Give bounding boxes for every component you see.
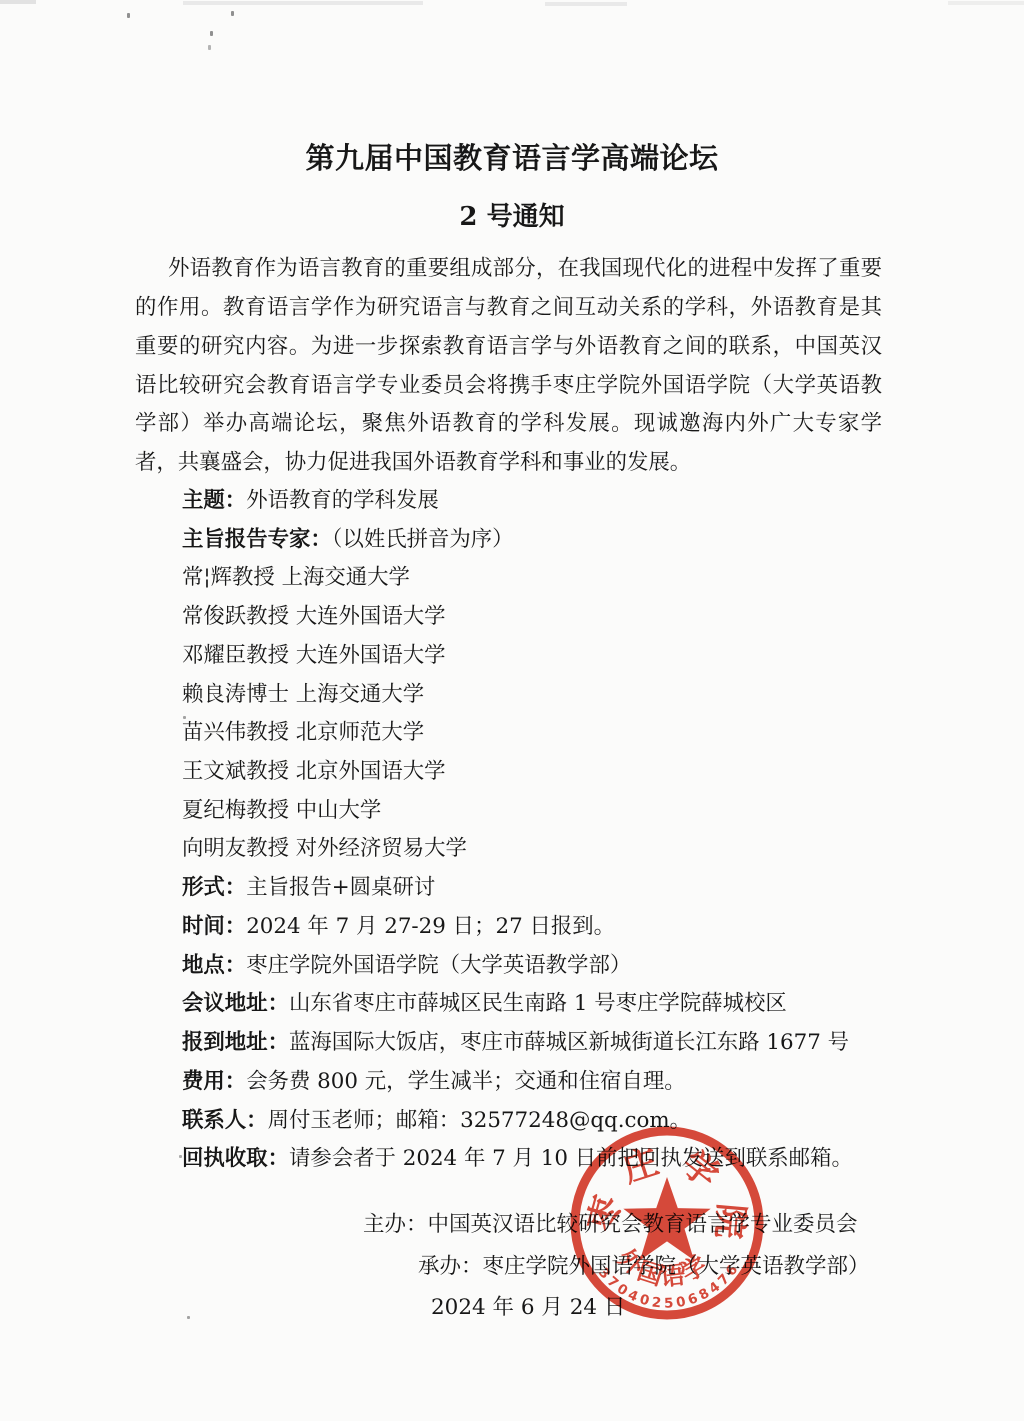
detail-label: 报到地址： — [182, 1030, 289, 1055]
detail-text: 外语教育的学科发展 — [246, 488, 439, 513]
detail-line-topic: 主题：外语教育的学科发展 — [135, 482, 935, 521]
detail-text: （以姓氏拼音为序） — [332, 527, 514, 552]
detail-label: 主旨报告专家： — [182, 527, 332, 552]
host-line: 主办：中国英汉语比较研究会教育语言学专业委员会 — [135, 1204, 935, 1246]
page-subtitle: 2 号通知 — [0, 196, 1024, 233]
detail-line-fee: 费用：会务费 800 元，学生减半；交通和住宿自理。 — [135, 1063, 935, 1102]
details-list: 主题：外语教育的学科发展 主旨报告专家：（以姓氏拼音为序） 常¦辉教授 上海交通… — [135, 482, 935, 1179]
detail-text: 2024 年 7 月 27-29 日；27 日报到。 — [246, 914, 615, 939]
detail-text: 夏纪梅教授 中山大学 — [182, 798, 381, 823]
detail-text: 请参会者于 2024 年 7 月 10 日前把回执发送到联系邮箱。 — [289, 1146, 853, 1171]
speaker-line: 邓耀臣教授 大连外国语大学 — [135, 637, 935, 676]
speaker-line: 常俊跃教授 大连外国语大学 — [135, 598, 935, 637]
detail-text: 主旨报告+圆桌研讨 — [246, 875, 435, 900]
scan-smudge — [948, 1, 1024, 5]
scan-speck — [208, 45, 211, 50]
page-title: 第九届中国教育语言学高端论坛 — [0, 136, 1024, 177]
detail-text: 常¦辉教授 上海交通大学 — [182, 565, 410, 590]
speaker-line: 赖良涛博士 上海交通大学 — [135, 676, 935, 715]
detail-text: 王文斌教授 北京外国语大学 — [182, 759, 446, 784]
speaker-line: 夏纪梅教授 中山大学 — [135, 792, 935, 831]
footer: 主办：中国英汉语比较研究会教育语言学专业委员会 承办：枣庄学院外国语学院（大学英… — [135, 1204, 935, 1329]
scanned-notice-page: 第九届中国教育语言学高端论坛 2 号通知 外语教育作为语言教育的重要组成部分，在… — [0, 0, 1024, 1421]
detail-text: 邓耀臣教授 大连外国语大学 — [182, 643, 446, 668]
detail-label: 主题： — [182, 488, 246, 513]
scan-speck — [231, 11, 234, 16]
detail-line-format: 形式：主旨报告+圆桌研讨 — [135, 869, 935, 908]
scan-smudge — [0, 0, 36, 4]
detail-line-conference-address: 会议地址：山东省枣庄市薛城区民生南路 1 号枣庄学院薛城校区 — [135, 985, 935, 1024]
detail-line-venue: 地点：枣庄学院外国语学院（大学英语教学部） — [135, 947, 935, 986]
intro-paragraph: 外语教育作为语言教育的重要组成部分，在我国现代化的进程中发挥了重要的作用。教育语… — [135, 250, 882, 482]
speaker-line: 常¦辉教授 上海交通大学 — [135, 559, 935, 598]
detail-line-receipt: 回执收取：请参会者于 2024 年 7 月 10 日前把回执发送到联系邮箱。 — [135, 1140, 935, 1179]
detail-label: 费用： — [182, 1069, 246, 1094]
speaker-line: 苗兴伟教授 北京师范大学 — [135, 714, 935, 753]
detail-line-contact: 联系人：周付玉老师；邮箱：32577248@qq.com。 — [135, 1102, 935, 1141]
detail-text: 山东省枣庄市薛城区民生南路 1 号枣庄学院薛城校区 — [289, 991, 787, 1016]
detail-text: 枣庄学院外国语学院（大学英语教学部） — [246, 953, 631, 978]
detail-text: 赖良涛博士 上海交通大学 — [182, 682, 424, 707]
scan-speck — [210, 31, 213, 36]
detail-text: 蓝海国际大饭店，枣庄市薛城区新城街道长江东路 1677 号 — [289, 1030, 849, 1055]
detail-text: 向明友教授 对外经济贸易大学 — [182, 836, 467, 861]
undertaker-line: 承办：枣庄学院外国语学院（大学英语教学部） — [135, 1246, 935, 1288]
scan-speck — [127, 13, 130, 18]
detail-line-checkin-address: 报到地址：蓝海国际大饭店，枣庄市薛城区新城街道长江东路 1677 号 — [135, 1024, 935, 1063]
detail-label: 地点： — [182, 953, 246, 978]
detail-label: 联系人： — [182, 1108, 268, 1133]
detail-text: 会务费 800 元，学生减半；交通和住宿自理。 — [246, 1069, 685, 1094]
scan-smudge — [545, 2, 627, 6]
date-line: 2024 年 6 月 24 日 — [135, 1287, 935, 1329]
speaker-line: 王文斌教授 北京外国语大学 — [135, 753, 935, 792]
detail-line-keynote-speakers: 主旨报告专家：（以姓氏拼音为序） — [135, 521, 935, 560]
speaker-line: 向明友教授 对外经济贸易大学 — [135, 830, 935, 869]
detail-text: 周付玉老师；邮箱：32577248@qq.com。 — [268, 1108, 692, 1133]
detail-line-time: 时间：2024 年 7 月 27-29 日；27 日报到。 — [135, 908, 935, 947]
detail-text: 苗兴伟教授 北京师范大学 — [182, 720, 424, 745]
detail-label: 会议地址： — [182, 991, 289, 1016]
detail-label: 形式： — [182, 875, 246, 900]
scan-smudge — [183, 1, 423, 5]
detail-text: 常俊跃教授 大连外国语大学 — [182, 604, 446, 629]
detail-label: 时间： — [182, 914, 246, 939]
detail-label: 回执收取： — [182, 1146, 289, 1171]
